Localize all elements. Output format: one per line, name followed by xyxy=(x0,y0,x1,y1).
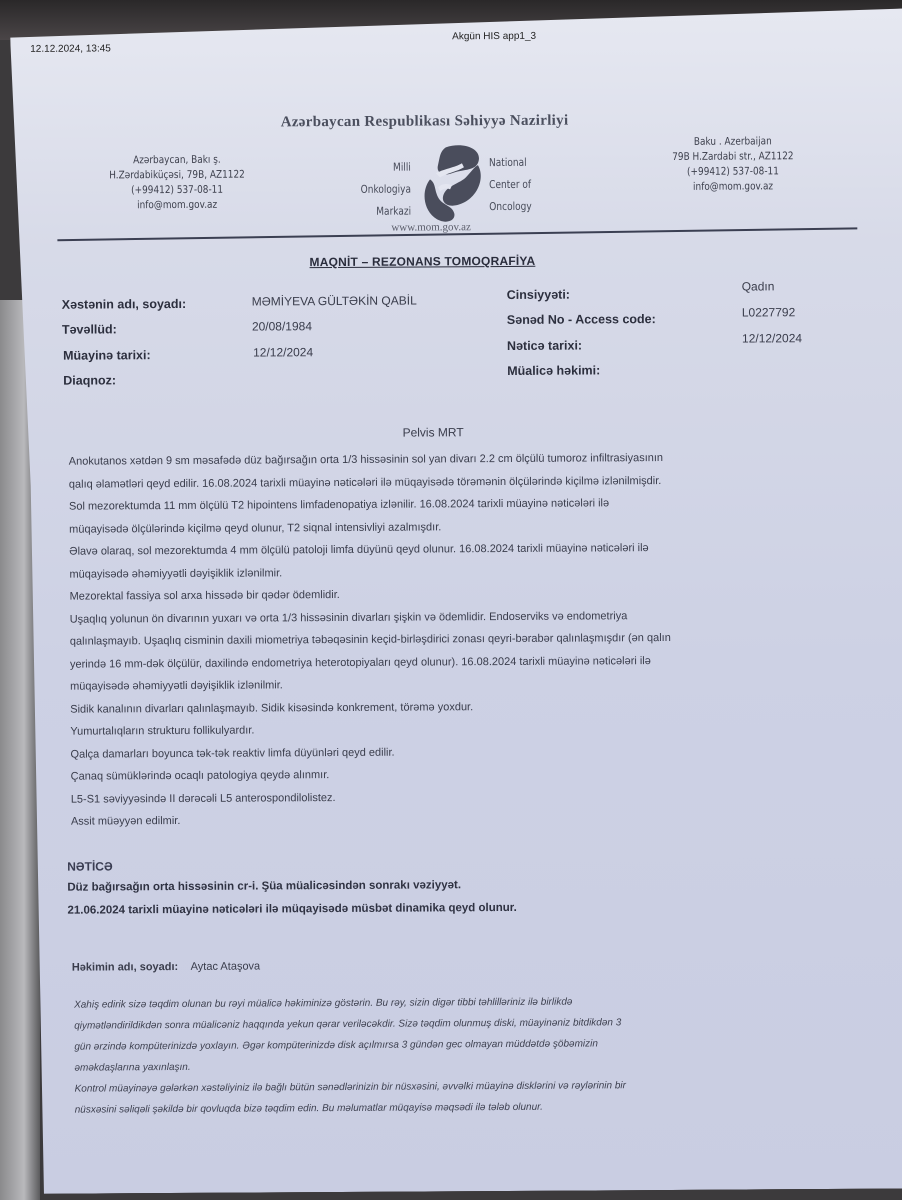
treating-doctor-label: Müalicə həkimi: xyxy=(507,363,600,378)
findings-line: Assit müəyyən edilmir. xyxy=(71,807,672,833)
document-page: 12.12.2024, 13:45 Akgün HIS app1_3 Azərb… xyxy=(10,9,902,1194)
phone-line: (+99412) 537-08-11 xyxy=(639,164,826,180)
gender-label: Cinsiyyəti: xyxy=(507,288,570,302)
findings-line: Anokutanos xətdən 9 sm məsafədə düz bağı… xyxy=(69,447,670,473)
logo-word: Center of xyxy=(489,174,563,196)
gender-value: Qadın xyxy=(742,279,775,293)
exam-date-value: 12/12/2024 xyxy=(253,345,313,359)
study-type: Pelvis MRT xyxy=(403,425,464,439)
findings-line: qalınlaşmayıb. Uşaqlıq cisminin daxili m… xyxy=(70,627,671,653)
conclusion-heading: NƏTİCƏ xyxy=(67,859,113,873)
logo-word: National xyxy=(489,152,563,174)
findings-line: Əlavə olaraq, sol mezorektumda 4 mm ölçü… xyxy=(69,537,670,563)
patient-notice: Xahiş edirik sizə təqdim olunan bu rəyi … xyxy=(74,991,626,1120)
birth-date-value: 20/08/1984 xyxy=(252,319,312,333)
hands-heart-logo-icon xyxy=(416,143,486,223)
diagnosis-label: Diaqnoz: xyxy=(63,373,116,387)
logo-word: Oncology xyxy=(489,196,563,218)
address-line: H.Zərdabiküçəsi, 79B, AZ1122 xyxy=(83,167,270,183)
ministry-title: Azərbaycan Respublikası Səhiyyə Nazirliy… xyxy=(281,113,569,132)
address-english: Baku . Azerbaijan 79B H.Zardabi str., AZ… xyxy=(639,134,826,195)
address-azerbaijani: Azərbaycan, Bakı ş. H.Zərdabiküçəsi, 79B… xyxy=(83,152,270,213)
findings-line: Sol mezorektumda 11 mm ölçülü T2 hipoint… xyxy=(69,492,670,518)
address-line: Azərbaycan, Bakı ş. xyxy=(83,152,270,168)
result-date-label: Nəticə tarixi: xyxy=(507,339,582,353)
access-code-value: L0227792 xyxy=(742,305,795,319)
birth-date-label: Təvəllüd: xyxy=(62,322,117,336)
website-link: www.mom.gov.az xyxy=(391,221,471,233)
findings-line: yerində 16 mm-dək ölçülür, daxilində end… xyxy=(70,649,671,675)
conclusion-line: 21.06.2024 tarixli müayinə nəticələri il… xyxy=(67,902,516,917)
doctor-signature: Həkimin adı, soyadı: Aytac Ataşova xyxy=(72,960,260,973)
notice-line: nüsxəsini səliqəli şəkildə bir qovluqda … xyxy=(75,1096,627,1120)
email-line: info@mom.gov.az xyxy=(84,197,271,213)
logo-word: Markazi xyxy=(337,201,411,223)
exam-date-label: Müayinə tarixi: xyxy=(63,348,151,363)
logo-text-azerbaijani: Milli Onkologiya Markazi xyxy=(337,157,411,223)
notice-line: Kontrol müayinəyə gələrkən xəstəliyiniz … xyxy=(75,1075,627,1099)
patient-name-value: MƏMİYEVA GÜLTƏKİN QABİL xyxy=(252,294,417,309)
logo-text-english: National Center of Oncology xyxy=(489,152,563,218)
findings-section: Anokutanos xətdən 9 sm məsafədə düz bağı… xyxy=(69,447,672,833)
address-line: 79B H.Zardabi str., AZ1122 xyxy=(639,149,826,165)
access-code-label: Sənəd No - Access code: xyxy=(507,312,656,327)
print-app-name: Akgün HIS app1_3 xyxy=(452,31,536,43)
document-title: MAQNİT – REZONANS TOMOQRAFİYA xyxy=(309,254,535,269)
logo-word: Milli xyxy=(337,157,411,179)
doctor-label: Həkimin adı, soyadı: xyxy=(72,961,178,974)
print-timestamp: 12.12.2024, 13:45 xyxy=(30,43,111,54)
patient-name-label: Xəstənin adı, soyadı: xyxy=(62,297,186,312)
result-date-value: 12/12/2024 xyxy=(742,331,802,345)
logo-word: Onkologiya xyxy=(337,179,411,201)
phone-line: (+99412) 537-08-11 xyxy=(84,182,271,198)
address-line: Baku . Azerbaijan xyxy=(639,134,826,150)
email-line: info@mom.gov.az xyxy=(640,179,827,195)
doctor-name: Aytac Ataşova xyxy=(191,960,261,972)
notice-line: gün ərzində kompüterinizdə yoxlayın. Əgə… xyxy=(74,1033,626,1057)
conclusion-line: Düz bağırsağın orta hissəsinin cr-i. Şüa… xyxy=(67,879,461,893)
